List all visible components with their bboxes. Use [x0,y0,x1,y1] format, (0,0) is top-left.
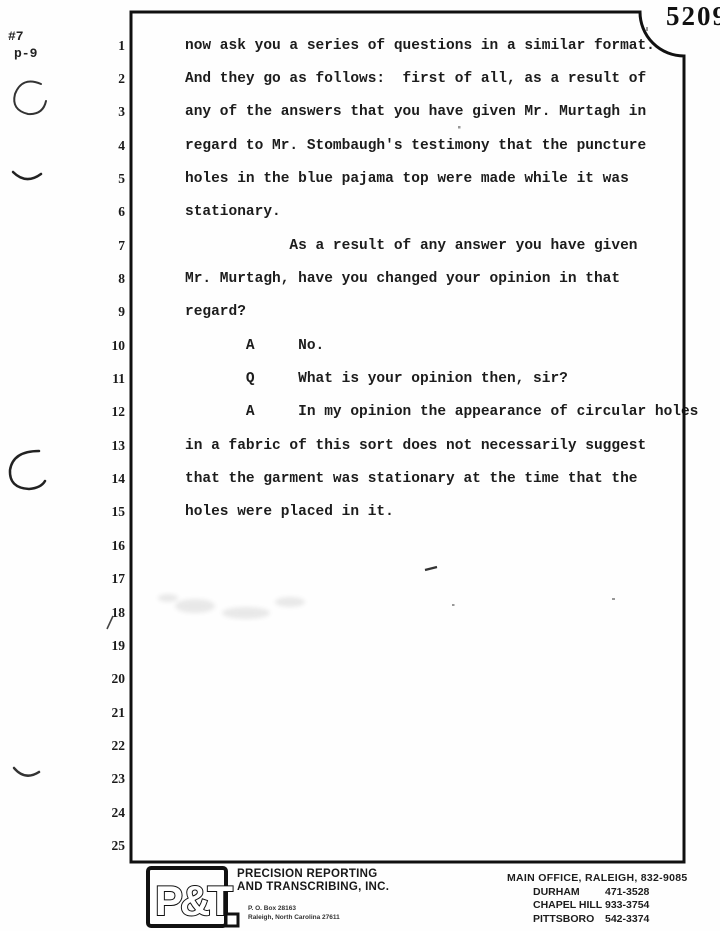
office-name: CHAPEL HILL [533,899,605,911]
line-text: in a fabric of this sort does not necess… [185,438,646,454]
company-name-line1: PRECISION REPORTING [237,868,389,881]
line-number: 21 [0,705,125,721]
logo-period [226,914,238,926]
transcript-line: 12 A In my opinion the appearance of cir… [0,396,720,429]
line-number: 9 [0,304,125,320]
transcript-lines: 1 now ask you a series of questions in a… [0,29,720,863]
line-number: 1 [0,38,125,54]
transcript-line: 20 [0,663,720,696]
line-text: that the garment was stationary at the t… [185,471,637,487]
line-number: 10 [0,338,125,354]
transcript-line: 7 As a result of any answer you have giv… [0,229,720,262]
office-phone: 933-3754 [605,899,665,911]
office-rows: DURHAM 471-3528 CHAPEL HILL 933-3754 PIT… [507,886,688,925]
office-phone: 471-3528 [605,886,665,898]
office-row: PITTSBORO 542-3374 [533,913,688,925]
transcript-line: 1 now ask you a series of questions in a… [0,29,720,62]
transcript-line: 22 [0,729,720,762]
transcript-line: 13 in a fabric of this sort does not nec… [0,429,720,462]
address-line2: Raleigh, North Carolina 27611 [248,913,340,922]
contact-numbers: MAIN OFFICE, RALEIGH, 832-9085 DURHAM 47… [507,872,688,925]
transcript-line: 24 [0,796,720,829]
transcript-line: 10 A No. [0,329,720,362]
line-number: 20 [0,671,125,687]
office-name: DURHAM [533,886,605,898]
company-address: P. O. Box 28163 Raleigh, North Carolina … [248,904,340,922]
line-number: 24 [0,805,125,821]
transcript-line: 3 any of the answers that you have given… [0,96,720,129]
transcript-line: 5 holes in the blue pajama top were made… [0,162,720,195]
line-number: 11 [0,371,125,387]
transcript-page: 5209 #7 p-9 1 now ask you a series of qu… [0,0,720,931]
transcript-line: 4 regard to Mr. Stombaugh's testimony th… [0,129,720,162]
line-number: 3 [0,104,125,120]
line-number: 12 [0,404,125,420]
line-number: 5 [0,171,125,187]
line-text: stationary. [185,204,281,220]
transcript-line: 19 [0,629,720,662]
line-text: A In my opinion the appearance of circul… [185,404,698,420]
address-line1: P. O. Box 28163 [248,904,340,913]
main-office-line: MAIN OFFICE, RALEIGH, 832-9085 [507,872,688,884]
transcript-line: 9 regard? [0,296,720,329]
line-number: 6 [0,204,125,220]
transcript-line: 18 [0,596,720,629]
line-text: And they go as follows: first of all, as… [185,71,646,87]
line-text: holes were placed in it. [185,504,394,520]
office-phone: 542-3374 [605,913,665,925]
transcript-line: 2 And they go as follows: first of all, … [0,62,720,95]
office-row: CHAPEL HILL 933-3754 [533,899,688,911]
line-text: regard? [185,304,246,320]
company-name: PRECISION REPORTING AND TRANSCRIBING, IN… [237,868,389,894]
line-number: 17 [0,571,125,587]
office-row: DURHAM 471-3528 [533,886,688,898]
line-number: 25 [0,838,125,854]
transcript-line: 6 stationary. [0,196,720,229]
line-number: 4 [0,138,125,154]
line-number: 19 [0,638,125,654]
line-text: any of the answers that you have given M… [185,104,646,120]
line-number: 16 [0,538,125,554]
line-text: regard to Mr. Stombaugh's testimony that… [185,138,646,154]
line-text: now ask you a series of questions in a s… [185,38,655,54]
line-number: 23 [0,771,125,787]
transcript-line: 15 holes were placed in it. [0,496,720,529]
line-number: 18 [0,605,125,621]
line-number: 22 [0,738,125,754]
transcript-line: 11 Q What is your opinion then, sir? [0,362,720,395]
company-name-line2: AND TRANSCRIBING, INC. [237,881,389,894]
office-name: PITTSBORO [533,913,605,925]
transcript-line: 17 [0,563,720,596]
logo-letters: P&T [155,877,233,924]
transcript-line: 23 [0,763,720,796]
line-text: Q What is your opinion then, sir? [185,371,568,387]
transcript-line: 16 [0,529,720,562]
footer: P&T PRECISION REPORTING AND TRANSCRIBING… [0,862,720,931]
transcript-line: 25 [0,829,720,862]
line-number: 2 [0,71,125,87]
line-text: A No. [185,338,324,354]
line-number: 7 [0,238,125,254]
line-number: 14 [0,471,125,487]
line-number: 13 [0,438,125,454]
line-text: holes in the blue pajama top were made w… [185,171,629,187]
line-number: 8 [0,271,125,287]
transcript-line: 14 that the garment was stationary at th… [0,462,720,495]
transcript-line: 21 [0,696,720,729]
line-text: As a result of any answer you have given [185,238,637,254]
transcript-line: 8 Mr. Murtagh, have you changed your opi… [0,262,720,295]
line-number: 15 [0,504,125,520]
line-text: Mr. Murtagh, have you changed your opini… [185,271,620,287]
prt-logo: P&T [146,866,242,930]
page-number: 5209 [666,1,720,32]
